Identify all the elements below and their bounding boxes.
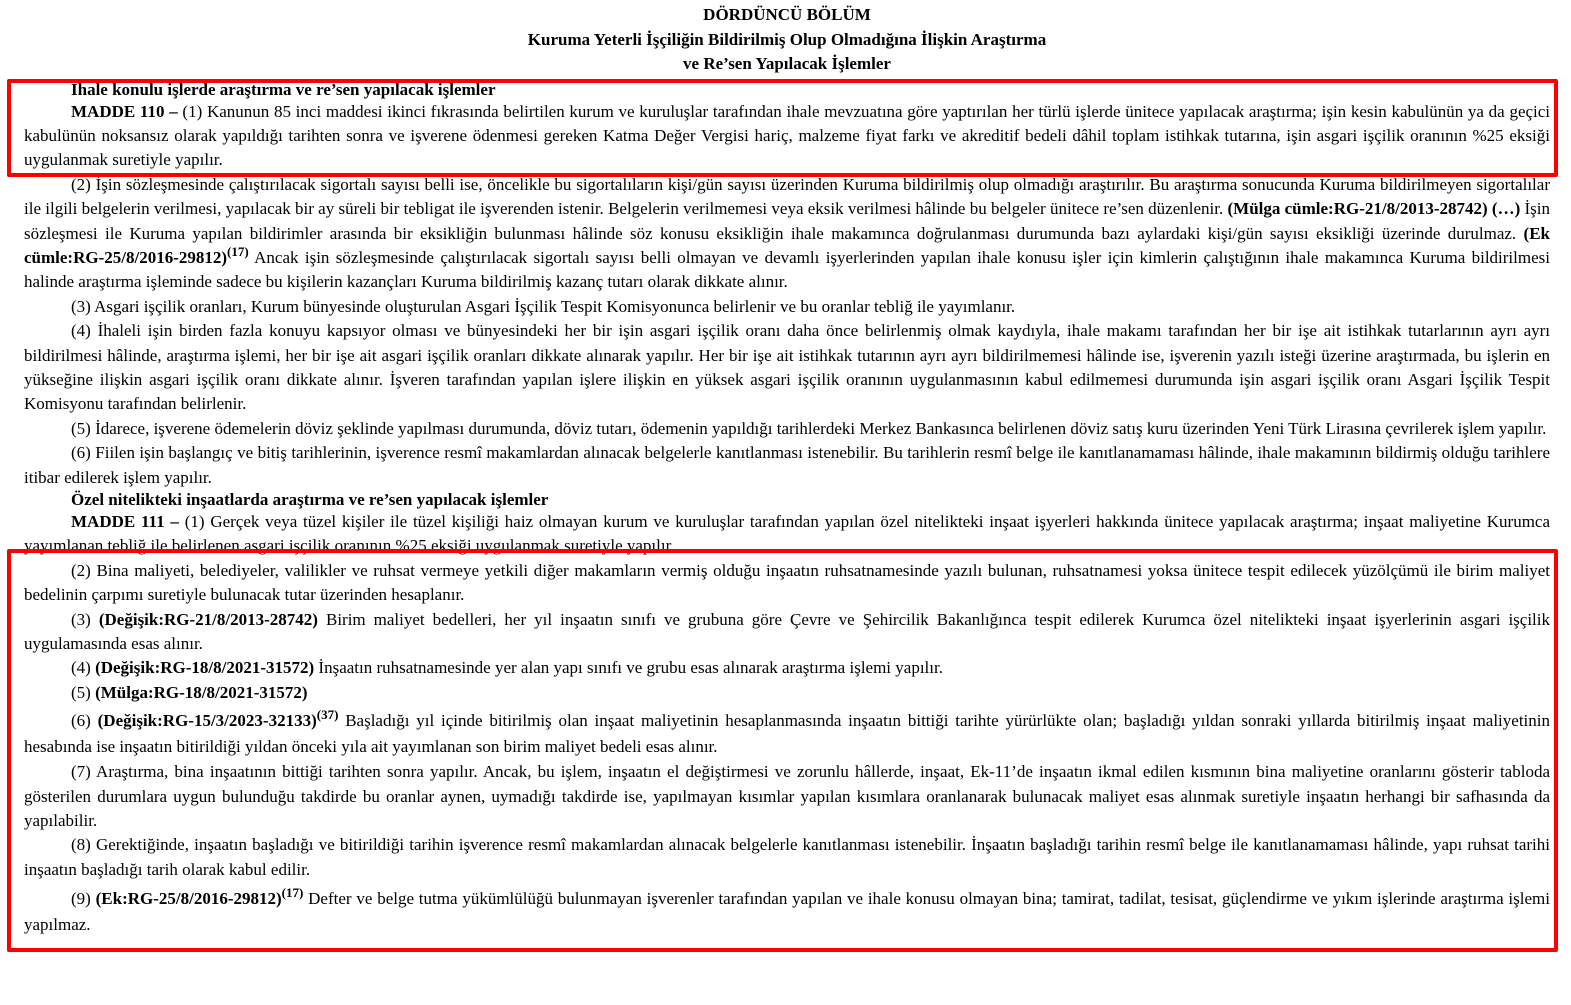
- p4-amendment: (Değişik:RG-18/8/2021-31572): [95, 658, 314, 677]
- article-110: Ihale konulu işlerde araştırma ve re’sen…: [24, 80, 1550, 491]
- article-111-paragraph-5: (5) (Mülga:RG-18/8/2021-31572): [24, 681, 1550, 705]
- p9-amendment: (Ek:RG-25/8/2016-29812): [96, 889, 282, 908]
- footnote-ref[interactable]: (17): [227, 244, 249, 259]
- chapter-title-line-1: Kuruma Yeterli İşçiliğin Bildirilmiş Olu…: [24, 28, 1550, 53]
- p9-num: (9): [71, 889, 96, 908]
- p2-text-c: Ancak işin sözleşmesinde çalıştırılacak …: [24, 248, 1550, 291]
- footnote-ref[interactable]: (17): [282, 885, 304, 900]
- article-111: Özel nitelikteki inşaatlarda araştırma v…: [24, 490, 1550, 938]
- article-111-paragraph-2: (2) Bina maliyeti, belediyeler, valilikl…: [24, 559, 1550, 608]
- p6-num: (6): [71, 711, 98, 730]
- article-111-label: MADDE 111 –: [71, 512, 179, 531]
- article-110-paragraph-6: (6) Fiilen işin başlangıç ve bitiş tarih…: [24, 441, 1550, 490]
- article-110-paragraph-1: MADDE 110 – (1) Kanunun 85 inci maddesi …: [24, 100, 1550, 173]
- chapter-title-line-2: ve Re’sen Yapılacak İşlemler: [24, 52, 1550, 77]
- article-110-paragraph-5: (5) İdarece, işverene ödemelerin döviz ş…: [24, 417, 1550, 441]
- p2-amendment-a: (Mülga cümle:RG-21/8/2013-28742) (…): [1227, 199, 1520, 218]
- article-111-paragraph-8: (8) Gerektiğinde, inşaatın başladığı ve …: [24, 833, 1550, 882]
- p3-num: (3): [71, 610, 99, 629]
- article-111-p1-text: (1) Gerçek veya tüzel kişiler ile tüzel …: [24, 512, 1550, 555]
- article-111-paragraph-1: MADDE 111 – (1) Gerçek veya tüzel kişile…: [24, 510, 1550, 559]
- legal-document-page: DÖRDÜNCÜ BÖLÜM Kuruma Yeterli İşçiliğin …: [24, 3, 1550, 938]
- footnote-ref[interactable]: (37): [317, 707, 339, 722]
- article-110-paragraph-4: (4) İhaleli işin birden fazla konuyu kap…: [24, 319, 1550, 417]
- article-111-paragraph-6: (6) (Değişik:RG-15/3/2023-32133)(37) Baş…: [24, 708, 1550, 760]
- p3-amendment: (Değişik:RG-21/8/2013-28742): [99, 610, 318, 629]
- article-111-paragraph-4: (4) (Değişik:RG-18/8/2021-31572) İnşaatı…: [24, 656, 1550, 680]
- article-110-paragraph-2: (2) İşin sözleşmesinde çalıştırılacak si…: [24, 173, 1550, 295]
- article-111-paragraph-7: (7) Araştırma, bina inşaatının bittiği t…: [24, 760, 1550, 833]
- article-111-heading: Özel nitelikteki inşaatlarda araştırma v…: [24, 490, 1550, 510]
- article-110-paragraph-3: (3) Asgari işçilik oranları, Kurum bünye…: [24, 295, 1550, 319]
- chapter-number-title: DÖRDÜNCÜ BÖLÜM: [24, 3, 1550, 28]
- article-110-heading: Ihale konulu işlerde araştırma ve re’sen…: [24, 80, 1550, 100]
- p6-amendment: (Değişik:RG-15/3/2023-32133): [98, 711, 317, 730]
- article-110-label: MADDE 110 –: [71, 102, 178, 121]
- p4-num: (4): [71, 658, 95, 677]
- article-111-paragraph-3: (3) (Değişik:RG-21/8/2013-28742) Birim m…: [24, 608, 1550, 657]
- p4-text: İnşaatın ruhsatnamesinde yer alan yapı s…: [314, 658, 943, 677]
- p5-num: (5): [71, 683, 95, 702]
- article-110-p1-text: (1) Kanunun 85 inci maddesi ikinci fıkra…: [24, 102, 1550, 170]
- article-111-paragraph-9: (9) (Ek:RG-25/8/2016-29812)(17) Defter v…: [24, 886, 1550, 938]
- chapter-header: DÖRDÜNCÜ BÖLÜM Kuruma Yeterli İşçiliğin …: [24, 3, 1550, 77]
- p5-amendment: (Mülga:RG-18/8/2021-31572): [95, 683, 307, 702]
